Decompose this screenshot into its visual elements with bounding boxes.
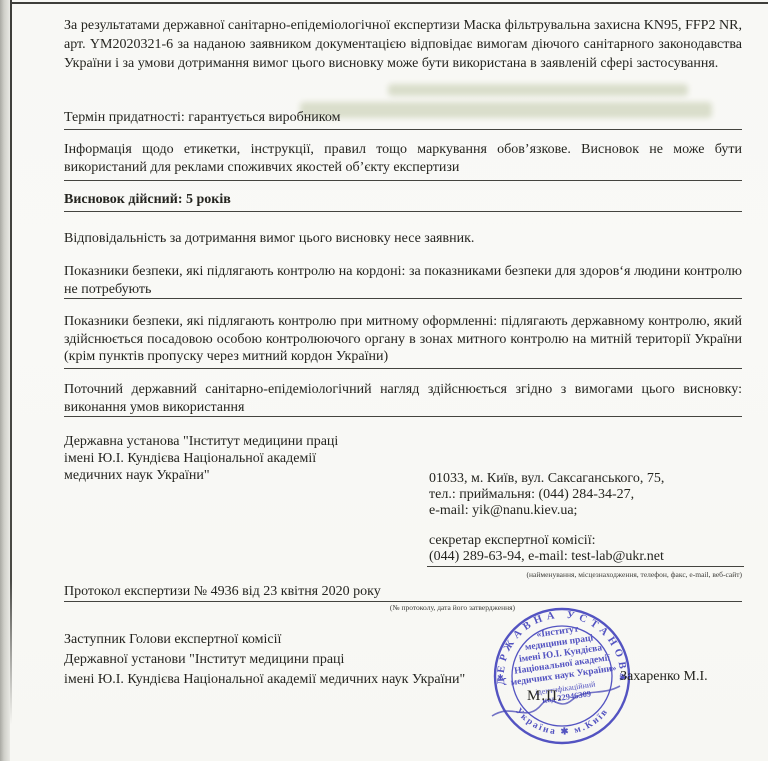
watermark-line-1 [388,84,688,96]
institution-line-2: імені Ю.І. Кундієва Національної академі… [64,450,414,467]
contacts-email: e-mail: yik@nanu.kiev.ua; [429,503,744,519]
rule [64,180,742,181]
rule [64,211,742,212]
signatory-title-3: імені Ю.І. Кундієва Національної академі… [64,670,544,690]
institution-line-3: медичних наук України" [64,467,414,484]
secretary-label: секретар експертної комісії: [429,533,744,549]
paragraph-border-control: Показники безпеки, які підлягають контро… [64,263,742,298]
secretary-phone-email: (044) 289-63-94, e-mail: test-lab@ukr.ne… [429,549,744,565]
institution-line-1: Державна установа "Інститут медицини пра… [64,433,414,450]
paragraph-conclusion: За результатами державної санітарно-епід… [64,16,742,73]
document-page: За результатами державної санітарно-епід… [0,0,768,761]
scan-top-line [11,2,768,4]
signature-block: Заступник Голови експертної комісії Держ… [64,630,544,690]
seal-place-label: М.П. [527,688,563,705]
rule [427,566,744,567]
contacts-phone: тел.: приймальня: (044) 284-34-27, [429,487,744,503]
secretary-block: секретар експертної комісії: (044) 289-6… [429,533,744,565]
stamp-star-left: ✱ [497,673,504,682]
contacts-footnote: (найменування, місцезнаходження, телефон… [427,570,742,579]
paragraph-labeling-info: Інформація щодо етикетки, інструкції, пр… [64,141,742,176]
field-shelf-life: Термін придатності: гарантується виробни… [64,109,742,127]
round-stamp: ДЕРЖАВНА УСТАНОВА Україна ✱ м.Київ ✱ ✱ «… [484,604,640,754]
contacts-block: 01033, м. Київ, вул. Саксаганського, 75,… [429,471,744,519]
signatory-name: Захаренко М.І. [620,669,708,685]
protocol-line: Протокол експертизи № 4936 від 23 квітня… [64,583,742,601]
paragraph-customs-control: Показники безпеки, які підлягають контро… [64,313,742,366]
rule [64,298,742,299]
rule [64,129,742,130]
paragraph-supervision: Поточний державний санітарно-епідеміолог… [64,381,742,416]
institution-block: Державна установа "Інститут медицини пра… [64,433,414,484]
signatory-title-2: Державної установи "Інститут медицини пр… [64,650,544,670]
rule [64,601,742,602]
rule [64,368,742,369]
signatory-title-1: Заступник Голови експертної комісії [64,630,544,650]
scan-edge-band [0,0,10,761]
scan-left-line [10,0,12,725]
paragraph-responsibility: Відповідальність за дотримання вимог цьо… [64,230,742,248]
field-validity: Висновок дійсний: 5 років [64,191,742,209]
contacts-address: 01033, м. Київ, вул. Саксаганського, 75, [429,471,744,487]
rule [64,416,742,417]
